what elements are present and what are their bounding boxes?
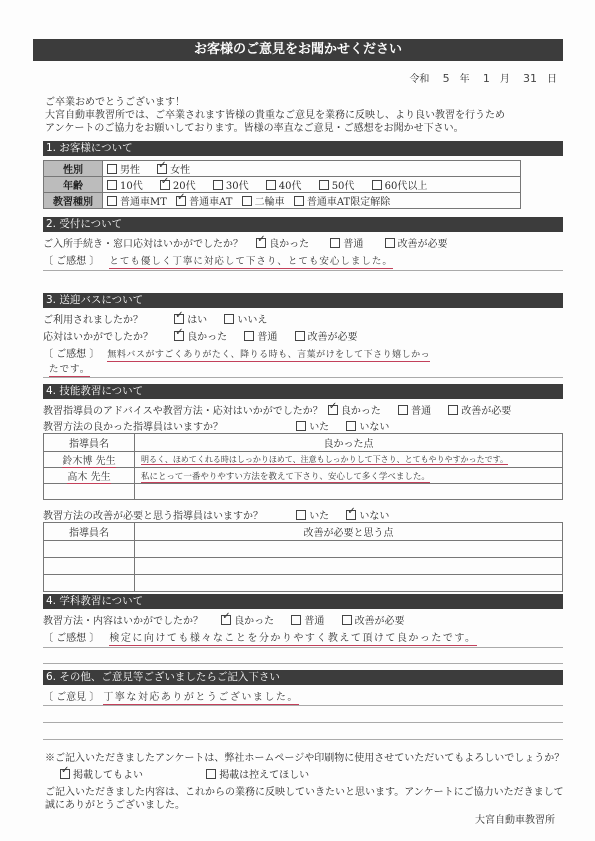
comment-text[interactable]: とても優しく丁寧に対応して下さり、とても安心しました。 <box>109 256 393 269</box>
question-label: 教習方法の改善が必要と思う指導員はいますか？ <box>43 507 293 522</box>
option-needs-improvement[interactable]: 改善が必要 <box>342 612 405 627</box>
question-label: 応対はいかがでしたか？ <box>43 328 171 343</box>
checkbox[interactable] <box>107 180 117 190</box>
row-label: 性別 <box>44 161 103 177</box>
option-label: 60代以上 <box>385 181 428 192</box>
option-age[interactable]: 20代 <box>160 177 196 192</box>
question-label: 教習方法・内容はいかがでしたか？ <box>43 612 218 627</box>
instructor-name[interactable]: 高木 先生 <box>67 472 110 484</box>
checkbox-checked[interactable] <box>256 238 266 248</box>
comment-label: 〔 ご感想 〕 <box>43 633 99 644</box>
option-label: 掲載は控えてほしい <box>219 770 309 781</box>
section-heading: 4. 技能教習について <box>43 384 563 399</box>
checkbox[interactable] <box>291 615 301 625</box>
checkbox-checked[interactable] <box>174 331 184 341</box>
divider <box>43 705 563 706</box>
checkbox-checked[interactable] <box>60 769 70 779</box>
option-good[interactable]: 良かった <box>174 328 227 343</box>
era-label: 令和 <box>409 74 429 85</box>
checkbox[interactable] <box>224 314 234 324</box>
option-label: いない <box>359 422 389 433</box>
checkbox-checked[interactable] <box>176 196 186 206</box>
option-label: 二輪車 <box>255 197 285 208</box>
option-label: 改善が必要 <box>398 239 448 250</box>
section-heading: 4. 学科教習について <box>43 594 563 609</box>
option-age[interactable]: 30代 <box>213 177 249 192</box>
checkbox-checked[interactable] <box>221 615 231 625</box>
divider <box>43 377 563 378</box>
comment-label: 〔 ご感想 〕 <box>43 256 99 267</box>
year-unit: 年 <box>460 74 470 85</box>
table-row <box>44 484 563 500</box>
question-label: 教習指導員のアドバイスや教習方法・応対はいかがでしたか？ <box>43 406 323 417</box>
section-heading: 3. 送迎バスについて <box>43 293 563 308</box>
option-label: 男性 <box>120 165 140 176</box>
checkbox[interactable] <box>107 164 117 174</box>
day-value[interactable]: 31 <box>523 72 537 85</box>
option-label: 良かった <box>187 332 227 343</box>
date-field: 令和 5年 1月 31日 <box>409 70 557 85</box>
checkbox[interactable] <box>242 196 252 206</box>
question-row: 教習方法の改善が必要と思う指導員はいますか？ いた いない <box>43 507 403 522</box>
good-point[interactable]: 明るく、ほめてくれる時はしっかりほめて、注意もしっかりして下さり、とてもやりやす… <box>141 455 508 465</box>
intro-text: ご卒業おめでとうございます！ 大宮自動車教習所では、ご卒業されます皆様の貴重なご… <box>45 96 565 135</box>
option-needs-improvement[interactable]: 改善が必要 <box>448 402 511 417</box>
option-course[interactable]: 二輪車 <box>242 193 285 208</box>
signature: 大宮自動車教習所 <box>475 811 555 826</box>
checkbox[interactable] <box>296 421 306 431</box>
option-yes[interactable]: いた <box>296 418 329 433</box>
option-label: 掲載してもよい <box>73 770 143 781</box>
comment-row: たです。 <box>43 361 90 375</box>
column-header: 改善が必要と思う点 <box>135 523 563 541</box>
option-male[interactable]: 男性 <box>107 161 140 176</box>
comment-row: 〔 ご感想 〕無料バスがすごくありがたく、降りる時も、言葉がけをして下さり嬉しか… <box>43 345 430 360</box>
checkbox[interactable] <box>398 405 408 415</box>
instructor-name[interactable]: 鈴木博 先生 <box>62 456 115 468</box>
option-normal[interactable]: 普通 <box>244 328 277 343</box>
table-row <box>44 575 563 592</box>
option-no[interactable]: いない <box>346 418 389 433</box>
comment-row: 〔 ご意見 〕丁寧な対応ありがとうございました。 <box>43 688 299 703</box>
option-label: 改善が必要 <box>461 406 511 417</box>
instructor-name[interactable] <box>44 575 135 592</box>
good-point[interactable] <box>135 484 563 500</box>
option-age[interactable]: 10代 <box>107 177 143 192</box>
column-header: 指導員名 <box>44 523 135 541</box>
option-label: いた <box>309 511 329 522</box>
question-row: 教習方法の良かった指導員はいますか？ いた いない <box>43 418 403 433</box>
divider <box>43 663 563 664</box>
option-course[interactable]: 普通車MT <box>107 193 167 208</box>
option-yes[interactable]: いた <box>296 507 329 522</box>
option-label: 普通車MT <box>120 197 167 208</box>
question-row: 教習方法・内容はいかがでしたか？ 良かった 普通 改善が必要 <box>43 612 419 627</box>
checkbox-checked[interactable] <box>157 164 167 174</box>
comment-row: 〔 ご感想 〕とても優しく丁寧に対応して下さり、とても安心しました。 <box>43 252 393 267</box>
consent-options: 掲載してもよい 掲載は控えてほしい <box>60 766 323 781</box>
option-label: 良かった <box>234 616 274 627</box>
option-label: いない <box>359 511 389 522</box>
question-label: 教習方法の良かった指導員はいますか？ <box>43 418 293 433</box>
option-label: 30代 <box>226 181 249 192</box>
option-age[interactable]: 60代以上 <box>372 177 428 192</box>
option-good[interactable]: 良かった <box>328 402 381 417</box>
question-label: ご入所手続き・窓口応対はいかがでしたか？ <box>43 239 243 250</box>
divider <box>43 270 563 271</box>
divider <box>43 722 563 723</box>
checkbox[interactable] <box>296 510 306 520</box>
option-course[interactable]: 普通車AT限定解除 <box>294 193 390 208</box>
checkbox[interactable] <box>448 405 458 415</box>
option-label: 普通車AT限定解除 <box>307 197 390 208</box>
option-publish-ok[interactable]: 掲載してもよい <box>60 766 143 781</box>
option-age[interactable]: 50代 <box>319 177 355 192</box>
checkbox[interactable] <box>372 180 382 190</box>
question-label: ご利用されましたか？ <box>43 311 171 326</box>
option-female[interactable]: 女性 <box>157 161 190 176</box>
option-label: 女性 <box>170 165 190 176</box>
option-good[interactable]: 良かった <box>221 612 274 627</box>
customer-info-table: 性別 男性 女性 年齢 10代 20代 30代 40代 50代 60代以上 教習… <box>43 160 521 209</box>
option-no[interactable]: いない <box>346 507 389 522</box>
checkbox[interactable] <box>319 180 329 190</box>
question-row: 応対はいかがでしたか？ 良かった 普通 改善が必要 <box>43 328 372 343</box>
intro-line: 大宮自動車教習所では、ご卒業されます皆様の貴重なご意見を業務に反映し、より良い教… <box>45 109 565 122</box>
good-point[interactable]: 私にとって一番やりやすい方法を教えて下さり、安心して多く学べました。 <box>141 472 430 483</box>
option-label: 50代 <box>332 181 355 192</box>
option-label: はい <box>187 315 207 326</box>
month-value[interactable]: 1 <box>483 72 490 85</box>
day-unit: 日 <box>547 74 557 85</box>
option-label: 10代 <box>120 181 143 192</box>
divider <box>43 647 563 648</box>
option-label: 良かった <box>269 239 309 250</box>
option-label: 良かった <box>341 406 381 417</box>
page-title: お客様のご意見をお聞かせください <box>33 39 563 61</box>
checkbox-checked[interactable] <box>174 314 184 324</box>
option-label: 普通車AT <box>189 197 232 208</box>
option-label: 普通 <box>411 406 431 417</box>
row-label: 年齢 <box>44 177 103 193</box>
closing-line: ご記入いただきました内容は、これからの業務に反映していきたいと思います。アンケー… <box>45 786 564 799</box>
comment-text[interactable]: 丁寧な対応ありがとうございました。 <box>103 692 299 705</box>
option-normal[interactable]: 普通 <box>291 612 324 627</box>
checkbox[interactable] <box>295 331 305 341</box>
month-unit: 月 <box>500 74 510 85</box>
option-label: 20代 <box>173 181 196 192</box>
checkbox[interactable] <box>294 196 304 206</box>
divider <box>43 739 563 740</box>
consent-question: ※ご記入いただきましたアンケートは、弊社ホームページや印刷物に使用させていただい… <box>45 752 564 765</box>
question-row: ご入所手続き・窓口応対はいかがでしたか？ 良かった 普通 改善が必要 <box>43 235 462 250</box>
instructor-name[interactable] <box>44 558 135 575</box>
option-needs-improvement[interactable]: 改善が必要 <box>295 328 358 343</box>
checkbox[interactable] <box>213 180 223 190</box>
option-label: 40代 <box>279 181 302 192</box>
option-label: 普通 <box>343 239 363 250</box>
option-good[interactable]: 良かった <box>256 235 309 250</box>
instructor-name[interactable] <box>44 541 135 558</box>
question-row: ご利用されましたか？ はい いいえ <box>43 311 281 326</box>
comment-text[interactable]: 検定に向けても様々なことを分かりやすく教えて頂けて良かったです。 <box>109 633 476 646</box>
improve-point[interactable] <box>135 541 563 558</box>
table-row: 高木 先生 私にとって一番やりやすい方法を教えて下さり、安心して多く学べました。 <box>44 468 563 484</box>
checkbox-checked[interactable] <box>346 510 356 520</box>
checkbox-checked[interactable] <box>160 180 170 190</box>
option-label: 改善が必要 <box>308 332 358 343</box>
option-normal[interactable]: 普通 <box>330 235 363 250</box>
option-age[interactable]: 40代 <box>266 177 302 192</box>
comment-text[interactable]: 無料バスがすごくありがたく、降りる時も、言葉がけをして下さり嬉しかっ <box>107 350 430 362</box>
option-no[interactable]: いいえ <box>224 311 267 326</box>
option-label: 改善が必要 <box>355 616 405 627</box>
instructor-name[interactable] <box>44 484 135 500</box>
improve-point[interactable] <box>135 558 563 575</box>
comment-label: 〔 ご意見 〕 <box>43 692 99 703</box>
section-heading: 1. お客様について <box>43 141 563 156</box>
row-label: 教習種別 <box>44 193 103 209</box>
option-yes[interactable]: はい <box>174 311 207 326</box>
closing-text: ご記入いただきました内容は、これからの業務に反映していきたいと思います。アンケー… <box>45 786 564 812</box>
option-normal[interactable]: 普通 <box>398 402 431 417</box>
table-row: 鈴木博 先生 明るく、ほめてくれる時はしっかりほめて、注意もしっかりして下さり、… <box>44 452 563 468</box>
checkbox[interactable] <box>342 615 352 625</box>
checkbox[interactable] <box>266 180 276 190</box>
checkbox[interactable] <box>346 421 356 431</box>
comment-text[interactable]: たです。 <box>49 364 90 377</box>
option-label: 普通 <box>304 616 324 627</box>
checkbox[interactable] <box>244 331 254 341</box>
option-needs-improvement[interactable]: 改善が必要 <box>385 235 448 250</box>
option-label: いいえ <box>237 315 267 326</box>
table-row <box>44 558 563 575</box>
question-row: 教習指導員のアドバイスや教習方法・応対はいかがでしたか？ 良かった 普通 改善が… <box>43 402 525 417</box>
improve-instructor-table: 指導員名 改善が必要と思う点 <box>43 522 563 592</box>
checkbox[interactable] <box>206 769 216 779</box>
comment-row: 〔 ご感想 〕検定に向けても様々なことを分かりやすく教えて頂けて良かったです。 <box>43 629 477 644</box>
column-header: 指導員名 <box>44 434 135 452</box>
option-label: 普通 <box>257 332 277 343</box>
comment-label: 〔 ご感想 〕 <box>43 349 99 360</box>
year-value[interactable]: 5 <box>443 72 450 85</box>
section-heading: 6. その他、ご意見等ございましたらご記入下さい <box>43 670 563 685</box>
option-label: いた <box>309 422 329 433</box>
good-instructor-table: 指導員名 良かった点 鈴木博 先生 明るく、ほめてくれる時はしっかりほめて、注意… <box>43 433 563 500</box>
column-header: 良かった点 <box>135 434 563 452</box>
section-heading: 2. 受付について <box>43 217 563 232</box>
improve-point[interactable] <box>135 575 563 592</box>
table-row <box>44 541 563 558</box>
intro-line: ご卒業おめでとうございます！ <box>45 96 565 109</box>
option-course[interactable]: 普通車AT <box>176 193 232 208</box>
checkbox[interactable] <box>107 196 117 206</box>
checkbox[interactable] <box>330 238 340 248</box>
option-publish-no[interactable]: 掲載は控えてほしい <box>206 766 309 781</box>
intro-line: アンケートのご協力をお願いしております。皆様の率直なご意見・ご感想をお聞かせ下さ… <box>45 122 565 135</box>
checkbox-checked[interactable] <box>328 405 338 415</box>
checkbox[interactable] <box>385 238 395 248</box>
